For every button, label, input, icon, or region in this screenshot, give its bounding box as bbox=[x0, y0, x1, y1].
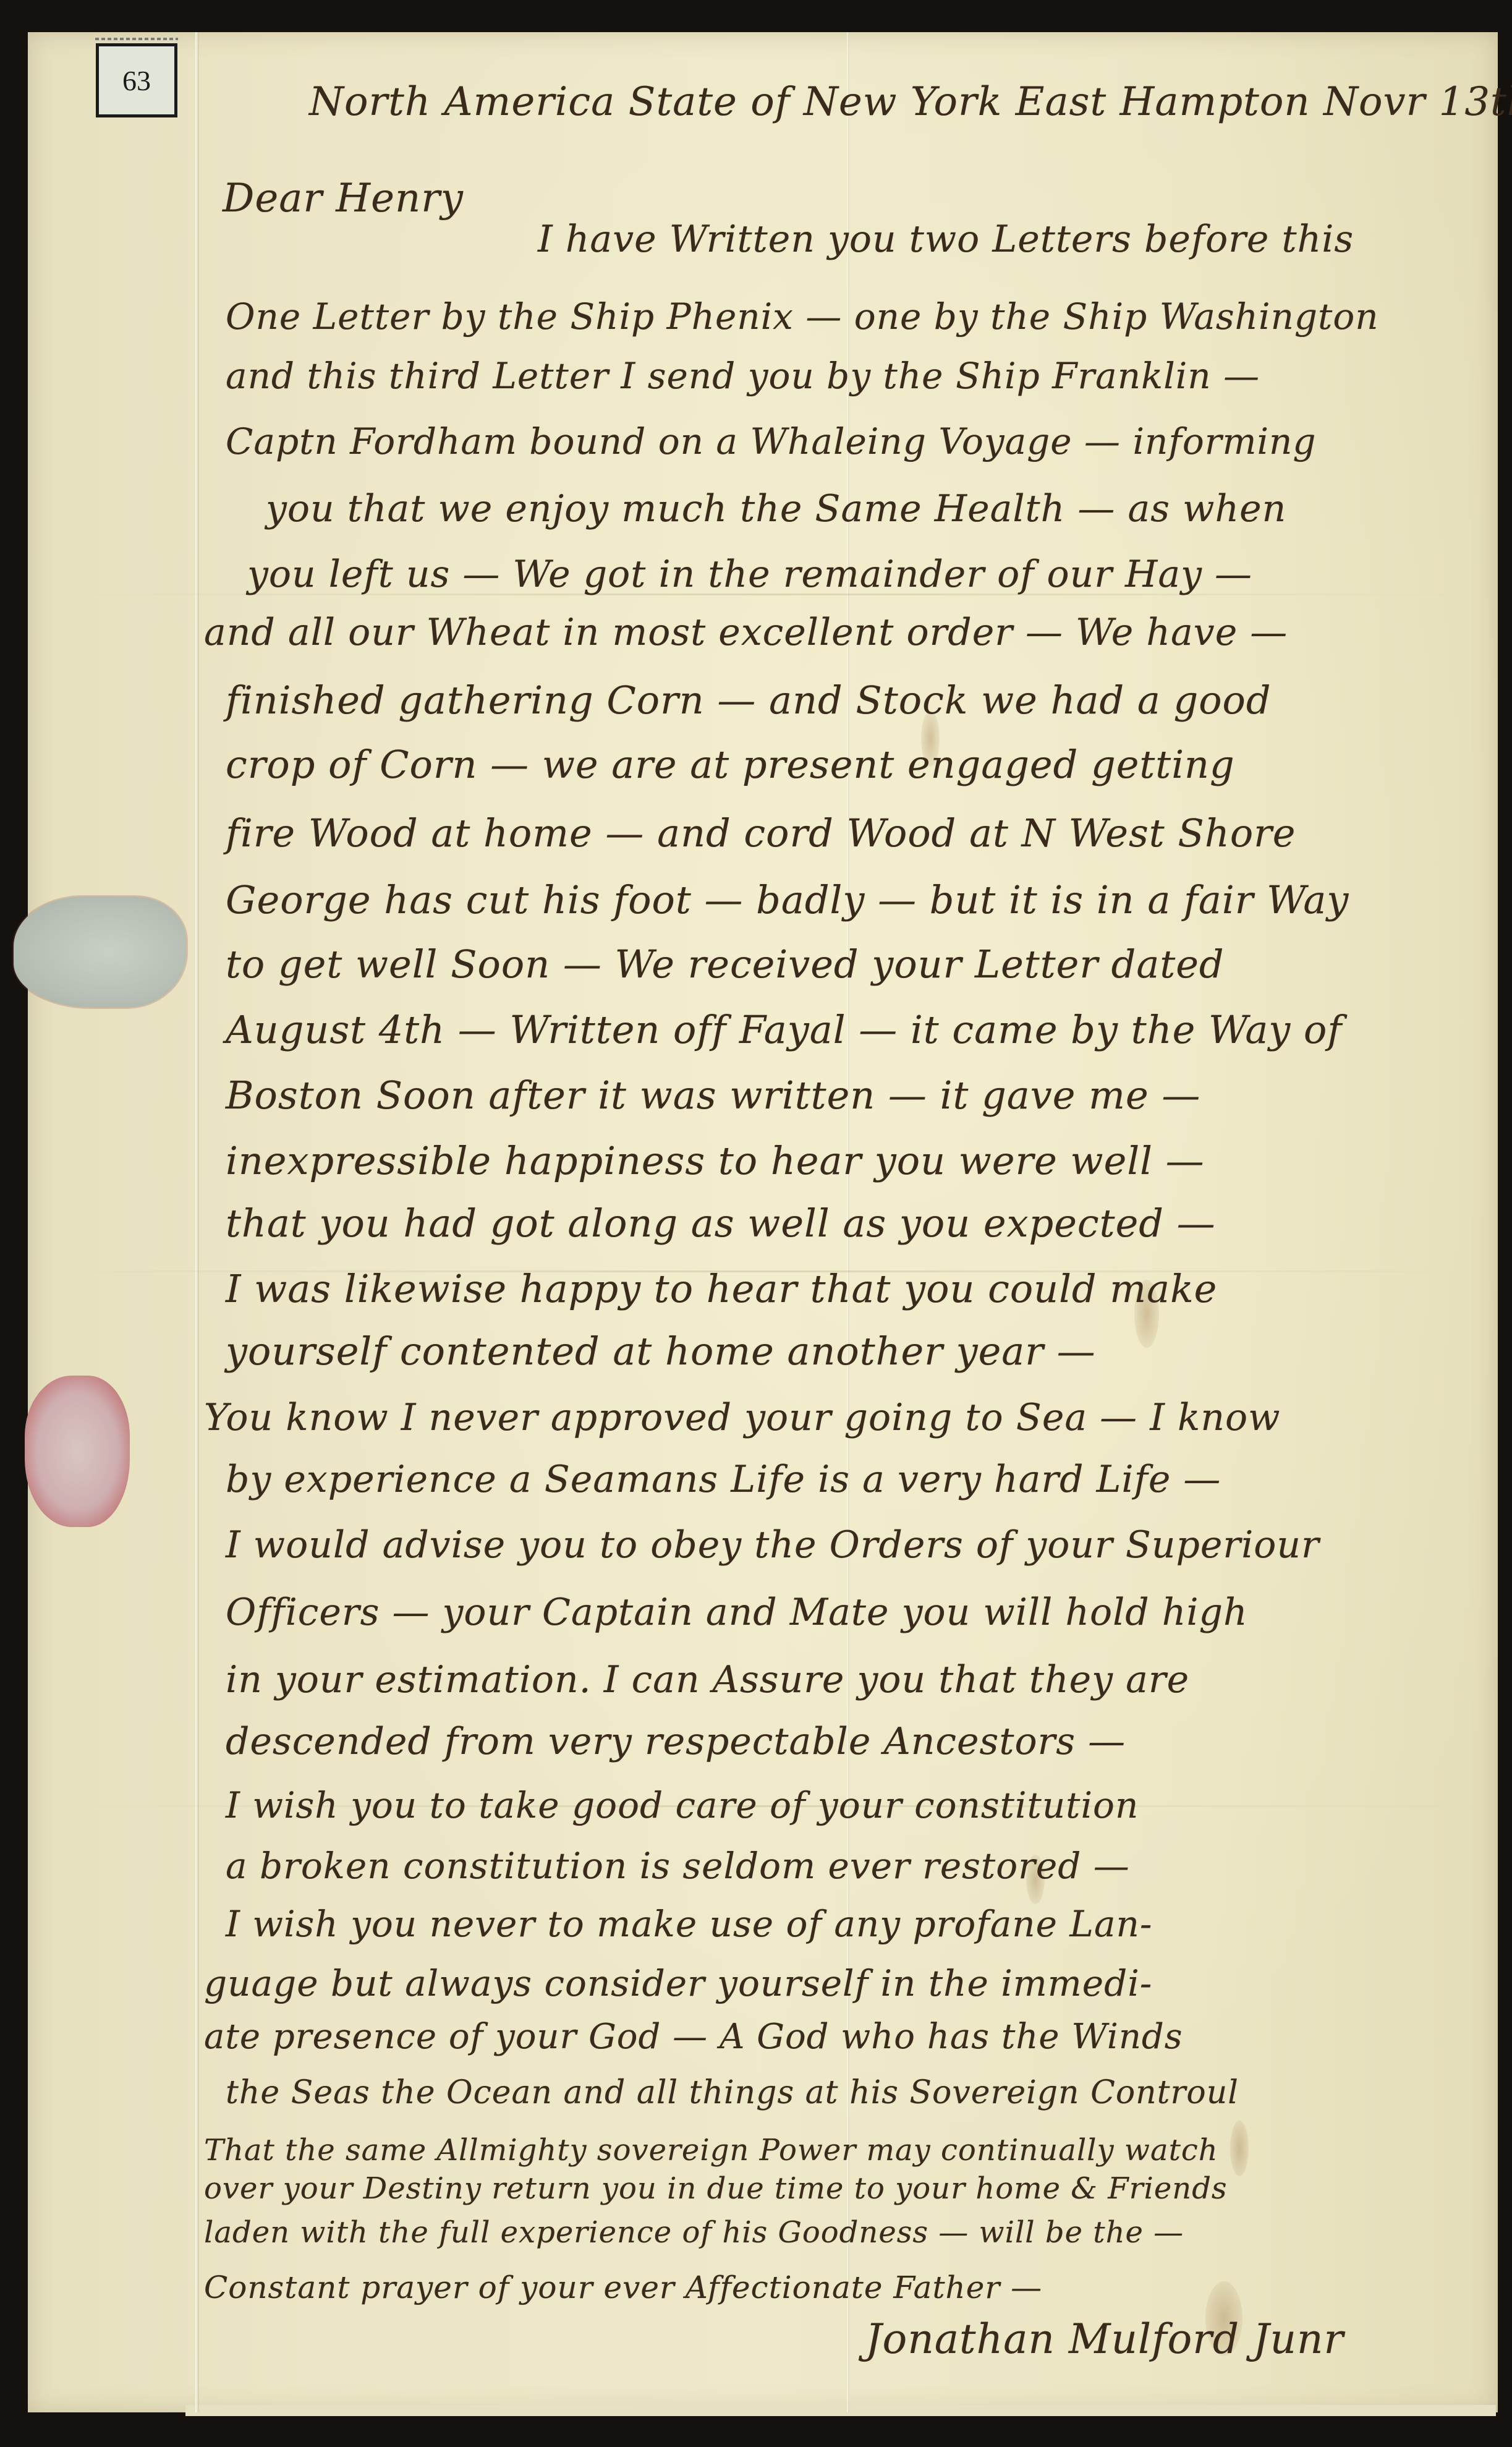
letter-line: Captn Fordham bound on a Whaleing Voyage… bbox=[226, 420, 1317, 462]
letter-line: I have Written you two Letters before th… bbox=[538, 218, 1354, 261]
letter-line: That the same Allmighty sovereign Power … bbox=[204, 2133, 1218, 2168]
letter-salutation: Dear Henry bbox=[223, 176, 464, 221]
letter-line: by experience a Seamans Life is a very h… bbox=[226, 1458, 1221, 1501]
letter-line: George has cut his foot — badly — but it… bbox=[226, 877, 1349, 922]
paper-edge bbox=[185, 2405, 1496, 2416]
letter-line: and this third Letter I send you by the … bbox=[226, 355, 1260, 397]
letter-line: fire Wood at home — and cord Wood at N W… bbox=[226, 811, 1296, 856]
wax-seal-remnant-grey bbox=[14, 896, 187, 1008]
letter-heading-dateline: North America State of New York East Ham… bbox=[309, 79, 1512, 125]
letter-line: One Letter by the Ship Phenix — one by t… bbox=[226, 296, 1379, 338]
letter-line: the Seas the Ocean and all things at his… bbox=[226, 2074, 1239, 2111]
letter-line: I wish you never to make use of any prof… bbox=[226, 1903, 1152, 1945]
ink-stain bbox=[1230, 2121, 1249, 2176]
letter-line: I was likewise happy to hear that you co… bbox=[226, 1266, 1217, 1311]
letter-line: descended from very respectable Ancestor… bbox=[226, 1720, 1126, 1763]
letter-line: inexpressible happiness to hear you were… bbox=[226, 1138, 1205, 1183]
letter-line: You know I never approved your going to … bbox=[204, 1396, 1281, 1439]
letter-line: to get well Soon — We received your Lett… bbox=[226, 942, 1225, 987]
letter-line: Officers — your Captain and Mate you wil… bbox=[226, 1591, 1248, 1634]
letter-line: August 4th — Written off Fayal — it came… bbox=[226, 1007, 1342, 1052]
letter-line: I would advise you to obey the Orders of… bbox=[226, 1523, 1320, 1567]
letter-line: crop of Corn — we are at present engaged… bbox=[226, 742, 1235, 787]
letter-line: in your estimation. I can Assure you tha… bbox=[226, 1658, 1189, 1701]
letter-line: you left us — We got in the remainder of… bbox=[247, 553, 1252, 596]
letter-line: ate presence of your God — A God who has… bbox=[204, 2017, 1183, 2057]
letter-line: finished gathering Corn — and Stock we h… bbox=[226, 678, 1272, 723]
letter-line: guage but always consider yourself in th… bbox=[204, 1962, 1152, 2004]
letter-line: that you had got along as well as you ex… bbox=[226, 1201, 1216, 1246]
letter-line: over your Destiny return you in due time… bbox=[204, 2171, 1228, 2206]
letter-line: Constant prayer of your ever Affectionat… bbox=[204, 2270, 1042, 2305]
letter-line: you that we enjoy much the Same Health —… bbox=[266, 487, 1286, 530]
wax-seal-remnant-red bbox=[25, 1376, 130, 1527]
letter-line: Boston Soon after it was written — it ga… bbox=[226, 1073, 1200, 1118]
letter-line: yourself contented at home another year … bbox=[226, 1329, 1096, 1374]
page-number-label: 63 bbox=[96, 43, 177, 117]
letter-line: a broken constitution is seldom ever res… bbox=[226, 1845, 1130, 1887]
letter-line: I wish you to take good care of your con… bbox=[226, 1784, 1139, 1826]
letter-signature: Jonathan Mulford Junr bbox=[865, 2315, 1344, 2363]
fold-line-left bbox=[195, 32, 199, 2412]
letter-line: and all our Wheat in most excellent orde… bbox=[204, 611, 1288, 654]
letter-line: laden with the full experience of his Go… bbox=[204, 2215, 1184, 2250]
